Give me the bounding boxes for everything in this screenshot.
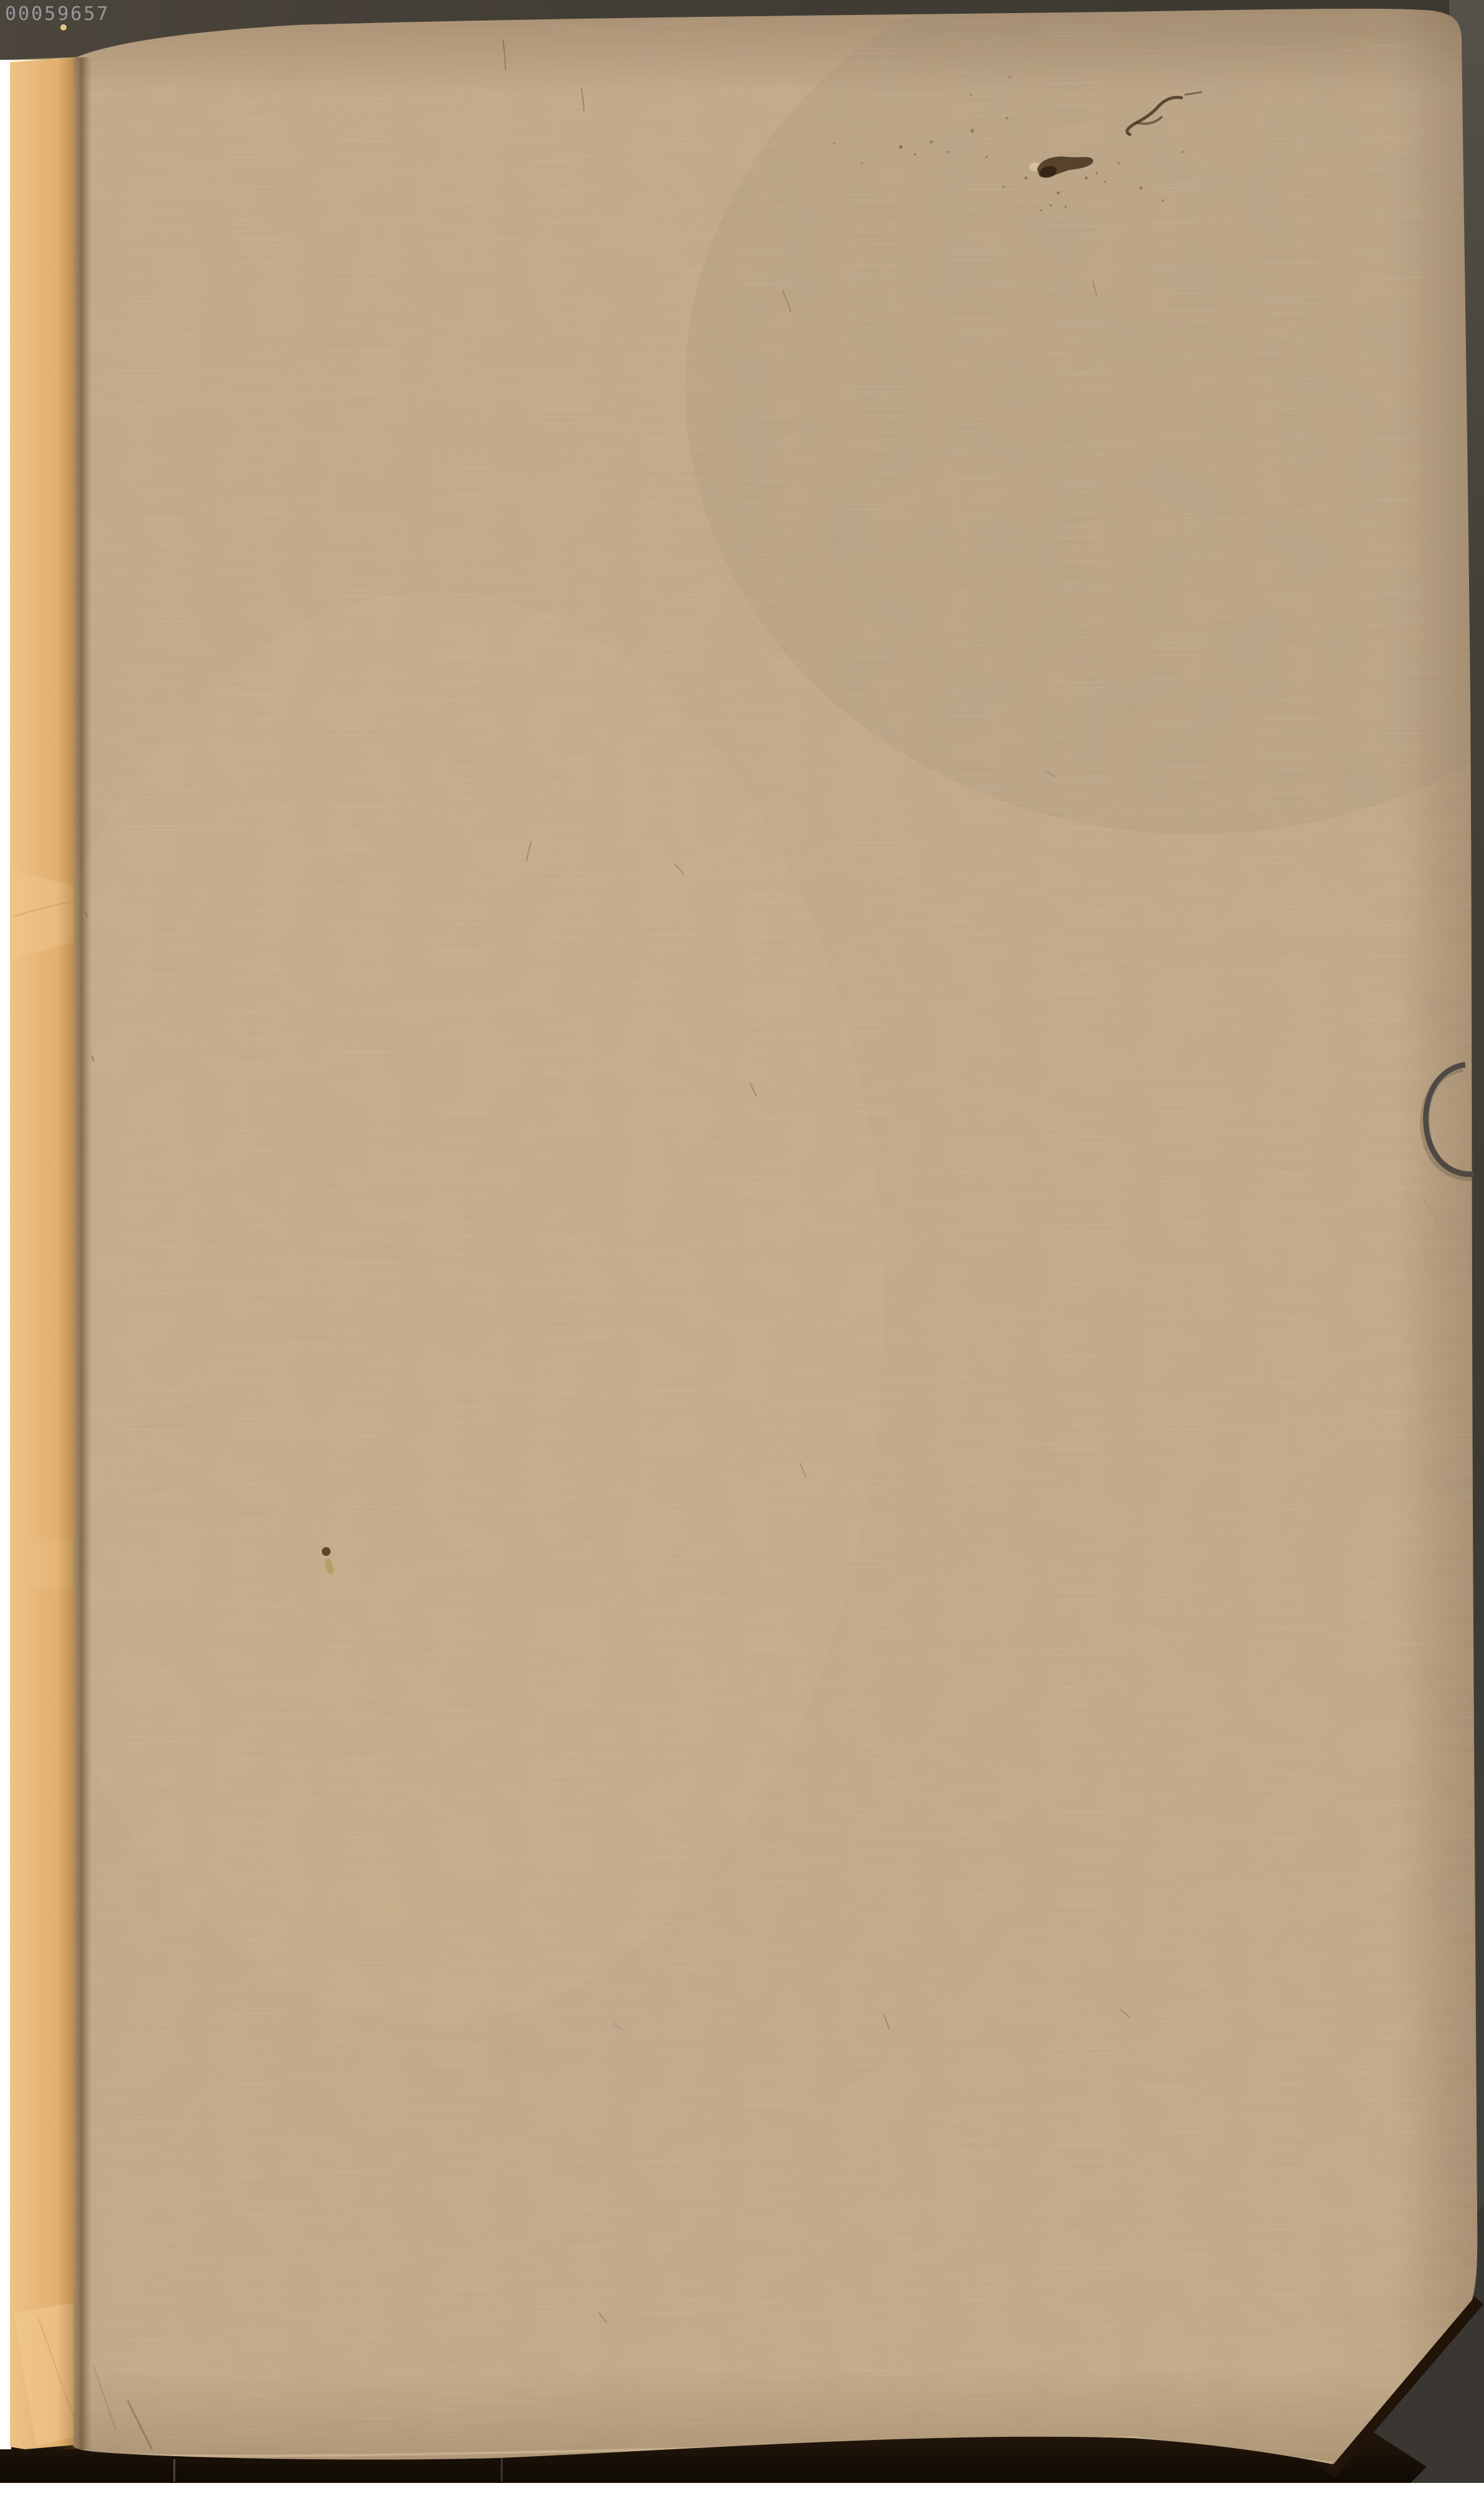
left-scan-margin <box>0 60 11 2449</box>
book-scan-image: 00059657 <box>0 0 1484 2496</box>
gutter-shadow <box>57 57 92 2449</box>
scan-id-watermark: 00059657 <box>5 3 110 25</box>
bottom-scan-margin <box>0 2483 1484 2496</box>
paper-texture-layer <box>0 0 1484 2496</box>
corner-light-fleck <box>60 24 67 31</box>
paper-grain-texture <box>0 0 1484 2496</box>
book-scan-canvas: 00059657 <box>0 0 1484 2496</box>
